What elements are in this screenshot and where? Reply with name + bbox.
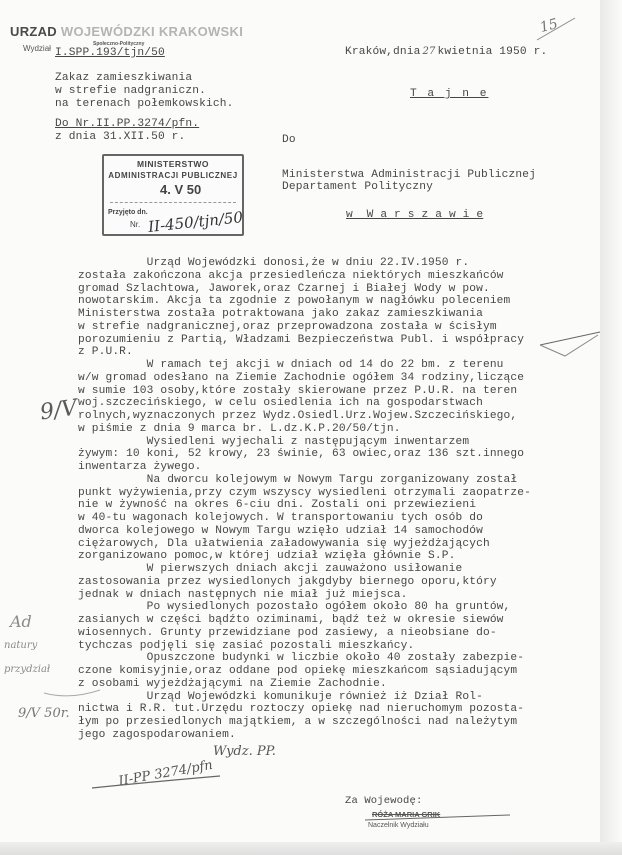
page-edge	[600, 0, 622, 855]
document-page: URZAD WOJEWÓDZKI KRAKOWSKI Wydział Społe…	[0, 0, 600, 855]
signature-for-label: Za Wojewodę:	[345, 795, 422, 808]
handwritten-strokes-icon	[0, 0, 622, 855]
page-bottom-edge	[0, 842, 622, 855]
signature-title: Naczelnik Wydziału	[368, 822, 429, 829]
bottom-underline-icon	[90, 760, 230, 800]
signature-name: RÓŻA MARIA GRIK	[372, 810, 440, 819]
bottom-handwritten-dept: Wydz. PP.	[213, 744, 276, 759]
